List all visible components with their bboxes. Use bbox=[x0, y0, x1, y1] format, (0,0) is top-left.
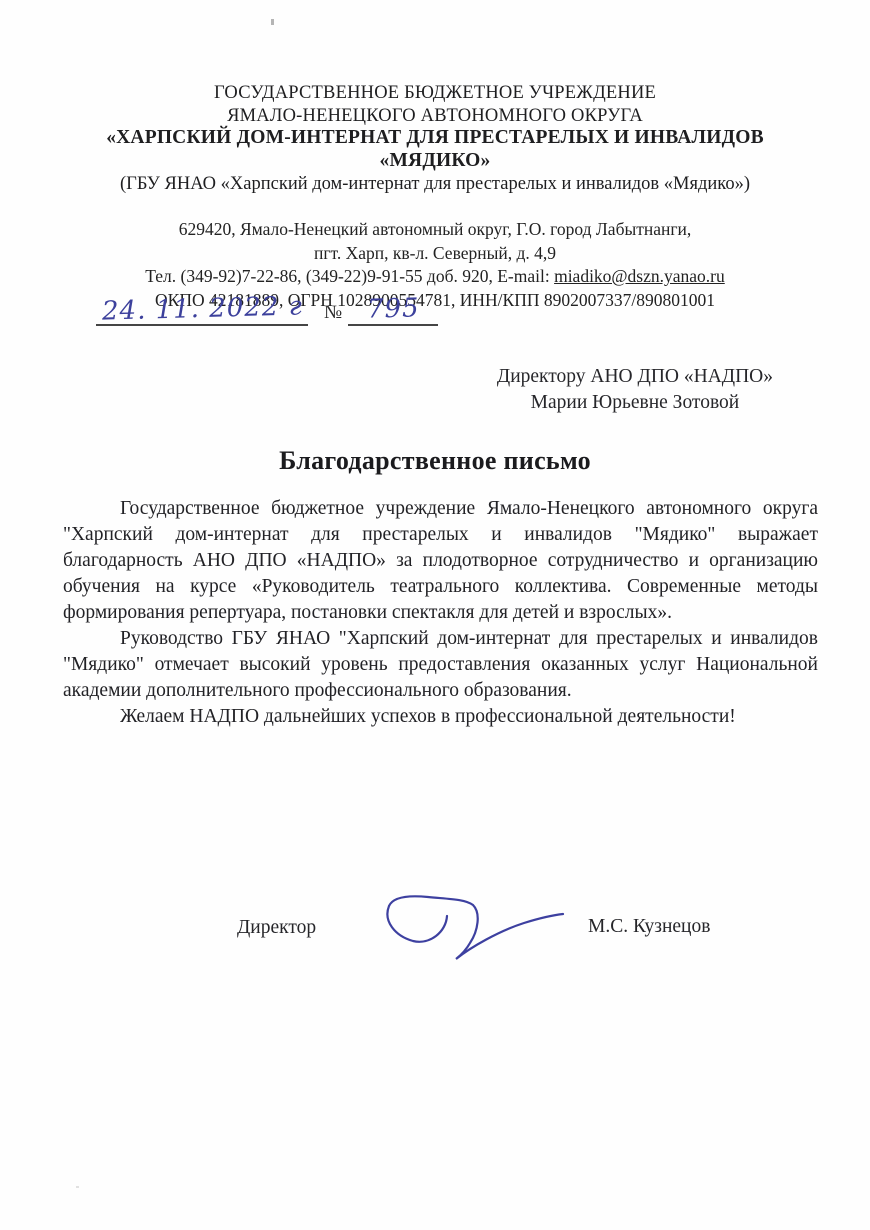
letter-title: Благодарственное письмо bbox=[0, 446, 870, 476]
org-name-bold-line: «ХАРПСКИЙ ДОМ-ИНТЕРНАТ ДЛЯ ПРЕСТАРЕЛЫХ И… bbox=[0, 127, 870, 150]
handwritten-number: 795 bbox=[366, 293, 419, 324]
body-paragraph: Государственное бюджетное учреждение Яма… bbox=[63, 496, 818, 626]
phone-text: Тел. (349-92)7-22-86, (349-22)9-91-55 до… bbox=[145, 266, 554, 286]
body-paragraph: Желаем НАДПО дальнейших успехов в профес… bbox=[63, 704, 818, 730]
org-name-bold-line: «МЯДИКО» bbox=[0, 150, 870, 173]
org-name-line: ЯМАЛО-НЕНЕЦКОГО АВТОНОМНОГО ОКРУГА bbox=[0, 105, 870, 128]
org-short-name: (ГБУ ЯНАО «Харпский дом-интернат для пре… bbox=[0, 172, 870, 196]
signer-role-label: Директор bbox=[237, 917, 316, 939]
number-sign: № bbox=[308, 301, 348, 326]
address-line: 629420, Ямало-Ненецкий автономный округ,… bbox=[0, 218, 870, 242]
letterhead: ГОСУДАРСТВЕННОЕ БЮДЖЕТНОЕ УЧРЕЖДЕНИЕ ЯМА… bbox=[0, 0, 870, 196]
number-underline: 795 bbox=[348, 294, 438, 326]
date-underline: 24. 11. 2022 г bbox=[96, 294, 308, 326]
handwritten-date: 24. 11. 2022 г bbox=[101, 291, 303, 326]
signer-name: М.С. Кузнецов bbox=[588, 916, 710, 938]
addressee-line: Директору АНО ДПО «НАДПО» bbox=[497, 364, 773, 390]
email-text: miadiko@dszn.yanao.ru bbox=[554, 266, 725, 286]
body-paragraph: Руководство ГБУ ЯНАО "Харпский дом-интер… bbox=[63, 626, 818, 704]
address-line: пгт. Харп, кв-л. Северный, д. 4,9 bbox=[0, 242, 870, 266]
scan-artifact-speck bbox=[271, 19, 274, 25]
scan-artifact-speck bbox=[76, 1186, 79, 1188]
letter-body: Государственное бюджетное учреждение Яма… bbox=[63, 496, 818, 730]
contact-line: Тел. (349-92)7-22-86, (349-22)9-91-55 до… bbox=[0, 265, 870, 289]
addressee-line: Марии Юрьевне Зотовой bbox=[497, 390, 773, 416]
ref-line: 24. 11. 2022 г № 795 bbox=[96, 294, 438, 326]
addressee-block: Директору АНО ДПО «НАДПО» Марии Юрьевне … bbox=[497, 364, 773, 415]
org-name-line: ГОСУДАРСТВЕННОЕ БЮДЖЕТНОЕ УЧРЕЖДЕНИЕ bbox=[0, 82, 870, 105]
scanned-letter-page: ГОСУДАРСТВЕННОЕ БЮДЖЕТНОЕ УЧРЕЖДЕНИЕ ЯМА… bbox=[0, 0, 870, 1230]
